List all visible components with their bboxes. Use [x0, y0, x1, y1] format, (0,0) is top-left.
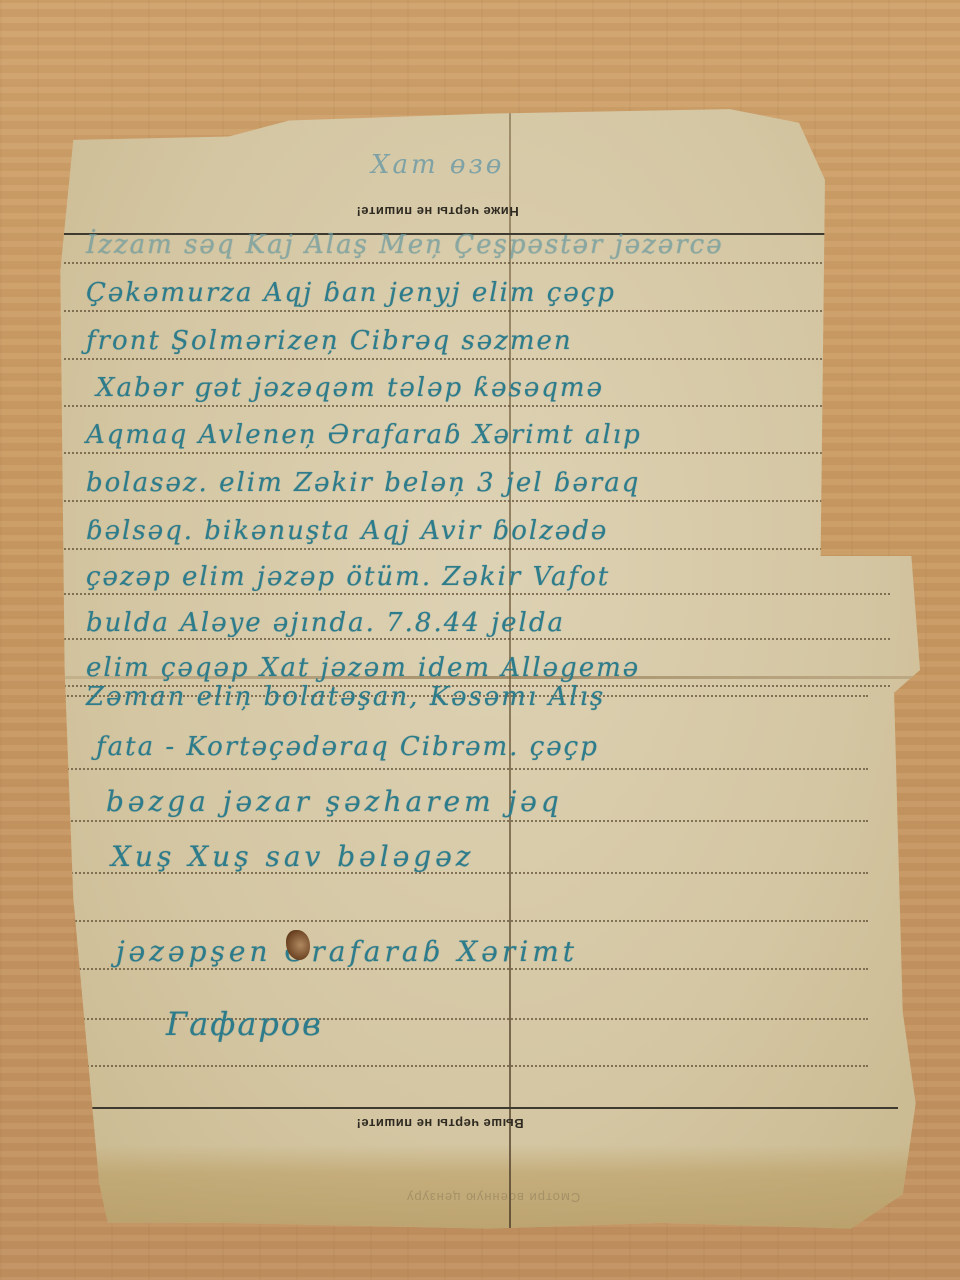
handwritten-line: Xuş Xuş sav bələgəz	[111, 840, 475, 873]
printed-instruction-top: Ниже черты не пишите!	[356, 204, 519, 219]
dotted-rule	[64, 500, 890, 502]
dotted-rule	[64, 638, 890, 640]
handwritten-line: Гафаров	[166, 1005, 323, 1043]
dotted-rule	[64, 768, 868, 770]
handwritten-line: bəzga jəzar şəzharem jəq	[106, 785, 563, 818]
bottom-separator-line	[62, 1107, 898, 1109]
dotted-rule	[64, 548, 890, 550]
handwritten-line: Xabər ɡət jəzəqəm tələp ƙəsəqmə	[96, 373, 604, 403]
handwritten-line: bulda Aləye əjında. 7.8.44 jelda	[86, 608, 565, 638]
handwritten-line: Zəman eliņ bolatəşan, Kəsəmı Alış	[86, 682, 605, 712]
dotted-rule	[64, 820, 868, 822]
handwritten-line: jəzəpşen Ərafaraɓ Xərimt	[116, 935, 578, 968]
handwritten-line: ƒront Şolmərizeņ Cibrəq səzmen	[86, 326, 573, 356]
handwritten-line: Çəkəmurza Aqj ɓan jenyj elim çəçp	[86, 278, 616, 308]
dotted-rule	[64, 262, 890, 264]
handwritten-line: bolasəz. elim Zəkir beləņ 3 jel ɓəraq	[86, 468, 640, 498]
printed-instruction-bottom: Выше черты не пишите!	[356, 1116, 524, 1131]
paper-hole	[286, 930, 310, 960]
dotted-rule	[64, 405, 890, 407]
handwritten-line: ɓəlsəq. bikənuşta Aqj Avir ɓolzədə	[86, 516, 608, 546]
dotted-rule	[64, 310, 890, 312]
letter-sheet: Хат өзө Ниже черты не пишите! İzzam səq …	[56, 100, 920, 1240]
handwritten-line: ƒata - Kortəçədəraq Cibrəm. çəçp	[96, 732, 599, 762]
dotted-rule	[64, 593, 890, 595]
dotted-rule	[64, 452, 890, 454]
handwritten-line: Aqmaq Avleneņ Ərafaraɓ Xərimt alıp	[86, 420, 642, 450]
dotted-rule	[64, 968, 868, 970]
faded-footer-print: Смотри военную цензуру	[406, 1190, 580, 1205]
handwritten-line: çəzəp elim jəzəp ötüm. Zəkir Vafot	[86, 562, 610, 592]
dotted-rule	[64, 1065, 868, 1067]
handwritten-line: elim çəqəp Xat jəzəm idem Alləgemə	[86, 653, 640, 683]
header-note: Хат өзө	[371, 150, 504, 180]
dotted-rule	[64, 358, 890, 360]
handwritten-line: İzzam səq Kaj Alaş Meņ Çeşpəstər jəzərcə	[86, 230, 724, 260]
dotted-rule	[64, 920, 868, 922]
